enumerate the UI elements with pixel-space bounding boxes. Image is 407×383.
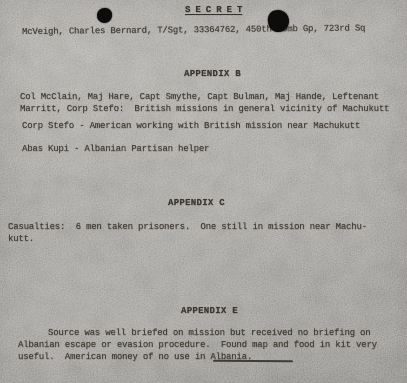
- appendix-c-title: APPENDIX C: [168, 198, 225, 208]
- appendix-b-title: APPENDIX B: [184, 69, 241, 79]
- scanned-document-page: S E C R E T McVeigh, Charles Bernard, T/…: [0, 0, 407, 383]
- paper-mottle-texture: [0, 0, 407, 383]
- paper-grain-texture: [0, 0, 407, 383]
- appendix-b-personnel-line-2: Marritt, Corp Stefo: British missions in…: [20, 104, 389, 114]
- classification-stamp: S E C R E T: [185, 5, 242, 15]
- appendix-b-stefo-line: Corp Stefo - American working with Briti…: [22, 121, 360, 131]
- appendix-e-line-2: Albanian escape or evasion procedure. Fo…: [18, 340, 377, 350]
- appendix-c-line-2: kutt.: [8, 234, 34, 244]
- appendix-e-title: APPENDIX E: [181, 306, 238, 316]
- appendix-b-personnel-line-1: Col McClain, Maj Hare, Capt Smythe, Capt…: [20, 92, 379, 102]
- appendix-b-kupi-line: Abas Kupi - Albanian Partisan helper: [22, 144, 209, 154]
- appendix-c-line-1: Casualties: 6 men taken prisoners. One s…: [8, 222, 367, 232]
- hole-punch-left-icon: [96, 7, 113, 24]
- subject-line: McVeigh, Charles Bernard, T/Sgt, 3336476…: [22, 23, 365, 37]
- appendix-e-line-1: Source was well briefed on mission but r…: [18, 328, 370, 338]
